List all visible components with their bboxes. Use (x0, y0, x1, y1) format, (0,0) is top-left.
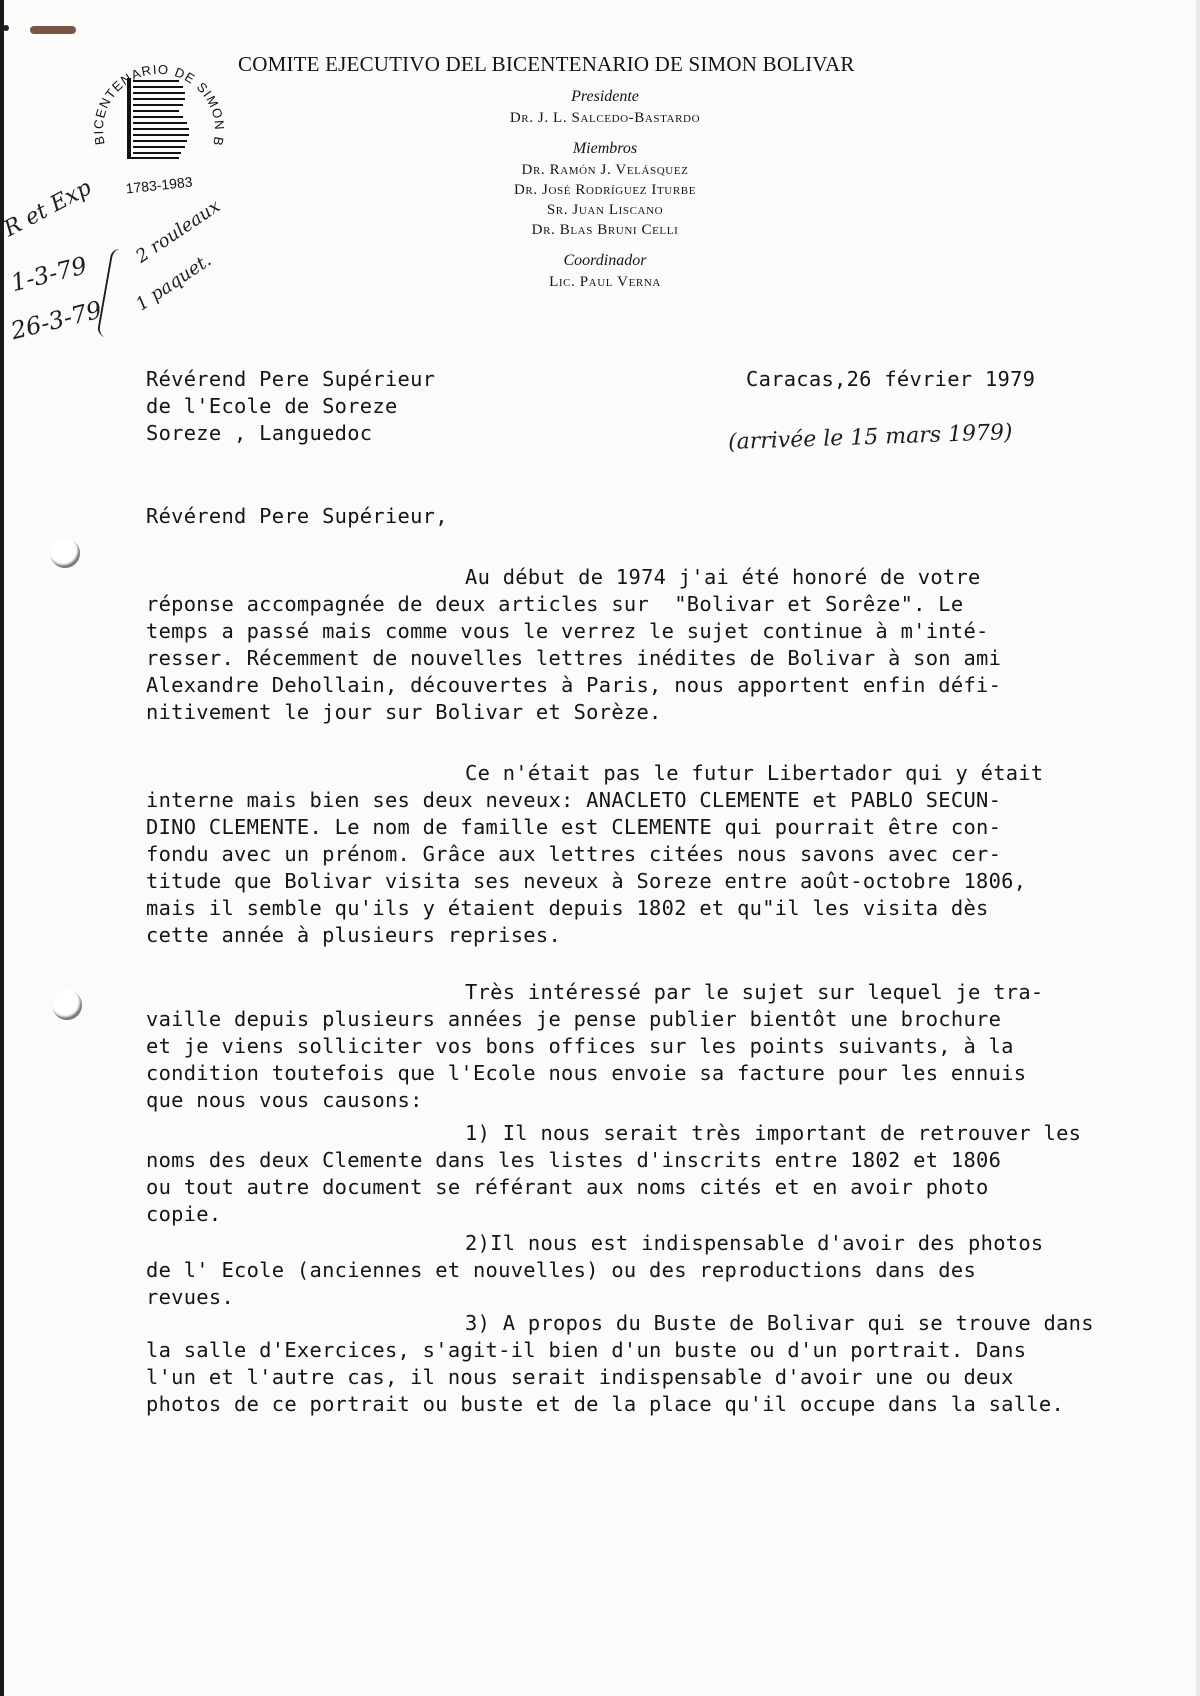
paragraph: Ce n'était pas le futur Libertador qui y… (146, 760, 1044, 949)
punch-hole (52, 990, 82, 1020)
arrival-note: (arrivée le 15 mars 1979) (728, 420, 1013, 455)
paragraph: Au début de 1974 j'ai été honoré de votr… (146, 564, 1001, 726)
organization-title: COMITE EJECUTIVO DEL BICENTENARIO DE SIM… (238, 52, 855, 77)
paragraph-line: resser. Récemment de nouvelles lettres i… (146, 645, 1001, 672)
paragraph-first-line: Au début de 1974 j'ai été honoré de votr… (146, 564, 1001, 591)
bicentenario-logo-icon: BICENTENARIO DE SIMON BOLIVAR 1783-1983 (84, 40, 234, 200)
president-role: Presidente (430, 86, 780, 108)
paragraph-line: cette année à plusieurs reprises. (146, 922, 1044, 949)
scan-edge-right (1196, 0, 1200, 1696)
paragraph-line: fondu avec un prénom. Grâce aux lettres … (146, 841, 1044, 868)
paragraph-line: de l' Ecole (anciennes et nouvelles) ou … (146, 1257, 1044, 1284)
paragraph-first-line: 2)Il nous est indispensable d'avoir des … (146, 1230, 1044, 1257)
paragraph-line: temps a passé mais comme vous le verrez … (146, 618, 1001, 645)
paragraph-line: que nous vous causons: (146, 1087, 1044, 1114)
paragraph-first-line: Très intéressé par le sujet sur lequel j… (146, 979, 1044, 1006)
ink-smudge (30, 26, 76, 34)
coordinator-role: Coordinador (430, 250, 780, 272)
paragraph-line: revues. (146, 1284, 1044, 1311)
salutation: Révérend Pere Supérieur, (146, 503, 448, 530)
logo-years: 1783-1983 (125, 174, 193, 197)
paragraph-line: photos de ce portrait ou buste et de la … (146, 1391, 1094, 1418)
paragraph: 1) Il nous serait très important de retr… (146, 1120, 1081, 1228)
paragraph-first-line: 3) A propos du Buste de Bolivar qui se t… (146, 1310, 1094, 1337)
paragraph: Très intéressé par le sujet sur lequel j… (146, 979, 1044, 1114)
paragraph-line: noms des deux Clemente dans les listes d… (146, 1147, 1081, 1174)
margin-note: 2 rouleaux (132, 196, 224, 268)
paragraph-line: DINO CLEMENTE. Le nom de famille est CLE… (146, 814, 1044, 841)
address-line: Révérend Pere Supérieur (146, 366, 435, 393)
members-role: Miembros (430, 138, 780, 160)
member-name: Dr. José Rodríguez Iturbe (430, 180, 780, 200)
margin-note: 1-3-79 (8, 251, 90, 297)
paragraph-line: l'un et l'autre cas, il nous serait indi… (146, 1364, 1094, 1391)
scan-edge (0, 0, 4, 1696)
punch-hole (50, 538, 80, 568)
place-date: Caracas,26 février 1979 (746, 366, 1035, 393)
paragraph-line: vaille depuis plusieurs années je pense … (146, 1006, 1044, 1033)
member-name: Sr. Juan Liscano (430, 200, 780, 220)
paragraph-line: interne mais bien ses deux neveux: ANACL… (146, 787, 1044, 814)
paragraph-line: nitivement le jour sur Bolivar et Sorèze… (146, 699, 1001, 726)
scan-mark (3, 25, 9, 31)
paragraph-line: et je viens solliciter vos bons offices … (146, 1033, 1044, 1060)
recipient-address: Révérend Pere Supérieurde l'Ecole de Sor… (146, 366, 435, 447)
member-name: Dr. Ramón J. Velásquez (430, 160, 780, 180)
paragraph-line: condition toutefois que l'Ecole nous env… (146, 1060, 1044, 1087)
paragraph-first-line: Ce n'était pas le futur Libertador qui y… (146, 760, 1044, 787)
paragraph-line: réponse accompagnée de deux articles sur… (146, 591, 1001, 618)
brace-mark (96, 247, 127, 338)
address-line: de l'Ecole de Soreze (146, 393, 435, 420)
paragraph: 2)Il nous est indispensable d'avoir des … (146, 1230, 1044, 1311)
committee-list: Presidente Dr. J. L. Salcedo-Bastardo Mi… (430, 86, 780, 292)
margin-note: R et Exp (0, 175, 96, 242)
margin-note: 26-3-79 (8, 296, 105, 346)
paragraph-line: la salle d'Exercices, s'agit-il bien d'u… (146, 1337, 1094, 1364)
member-name: Dr. Blas Bruni Celli (430, 220, 780, 240)
paragraph-line: copie. (146, 1201, 1081, 1228)
coordinator-name: Lic. Paul Verna (430, 272, 780, 292)
paragraph-line: ou tout autre document se référant aux n… (146, 1174, 1081, 1201)
paragraph-line: titude que Bolivar visita ses neveux à S… (146, 868, 1044, 895)
president-name: Dr. J. L. Salcedo-Bastardo (430, 108, 780, 128)
paragraph: 3) A propos du Buste de Bolivar qui se t… (146, 1310, 1094, 1418)
address-line: Soreze , Languedoc (146, 420, 435, 447)
paragraph-line: Alexandre Dehollain, découvertes à Paris… (146, 672, 1001, 699)
paragraph-line: mais il semble qu'ils y étaient depuis 1… (146, 895, 1044, 922)
paragraph-first-line: 1) Il nous serait très important de retr… (146, 1120, 1081, 1147)
